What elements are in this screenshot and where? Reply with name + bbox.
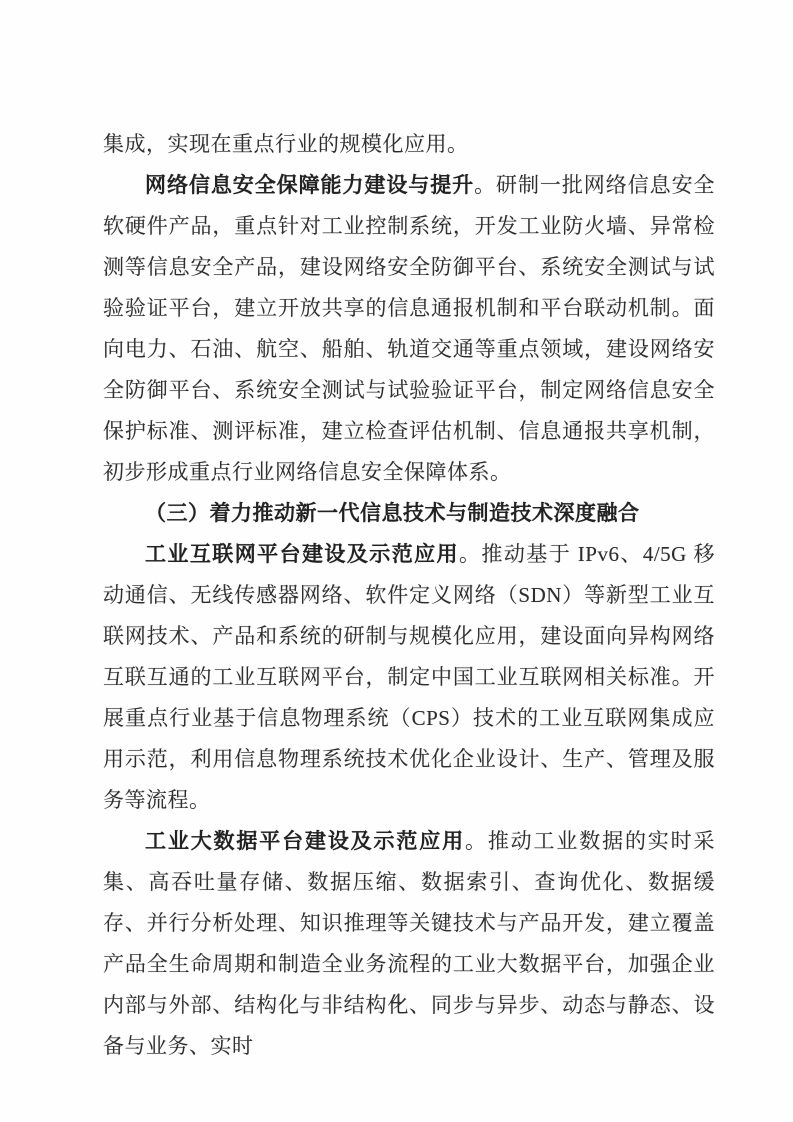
page-footer: 4 [0,986,793,1016]
paragraph-text: 集成，实现在重点行业的规模化应用。 [103,132,469,156]
paragraph-text: 。推动基于 IPv6、4/5G 移动通信、无线传感器网络、软件定义网络（SDN）… [103,542,715,812]
document-page: 集成，实现在重点行业的规模化应用。 网络信息安全保障能力建设与提升。研制一批网络… [0,0,793,1122]
text-block: 集成，实现在重点行业的规模化应用。 网络信息安全保障能力建设与提升。研制一批网络… [103,124,715,1067]
paragraph-industrial-internet: 工业互联网平台建设及示范应用。推动基于 IPv6、4/5G 移动通信、无线传感器… [103,534,715,821]
paragraph-text: 。研制一批网络信息安全软硬件产品，重点针对工业控制系统，开发工业防火墙、异常检测… [103,173,715,484]
paragraph-bold-lead: 工业大数据平台建设及示范应用 [145,829,465,853]
paragraph-text: 。推动工业数据的实时采集、高吞吐量存储、数据压缩、数据索引、查询优化、数据缓存、… [103,829,715,1058]
section-heading-text: （三）着力推动新一代信息技术与制造技术深度融合 [145,501,640,525]
paragraph-continuation: 集成，实现在重点行业的规模化应用。 [103,124,715,165]
paragraph-bold-lead: 网络信息安全保障能力建设与提升 [145,173,474,197]
paragraph-bold-lead: 工业互联网平台建设及示范应用 [145,542,459,566]
paragraph-network-security: 网络信息安全保障能力建设与提升。研制一批网络信息安全软硬件产品，重点针对工业控制… [103,165,715,493]
section-heading: （三）着力推动新一代信息技术与制造技术深度融合 [103,493,715,534]
page-number: 4 [392,990,402,1011]
paragraph-big-data: 工业大数据平台建设及示范应用。推动工业数据的实时采集、高吞吐量存储、数据压缩、数… [103,821,715,1067]
